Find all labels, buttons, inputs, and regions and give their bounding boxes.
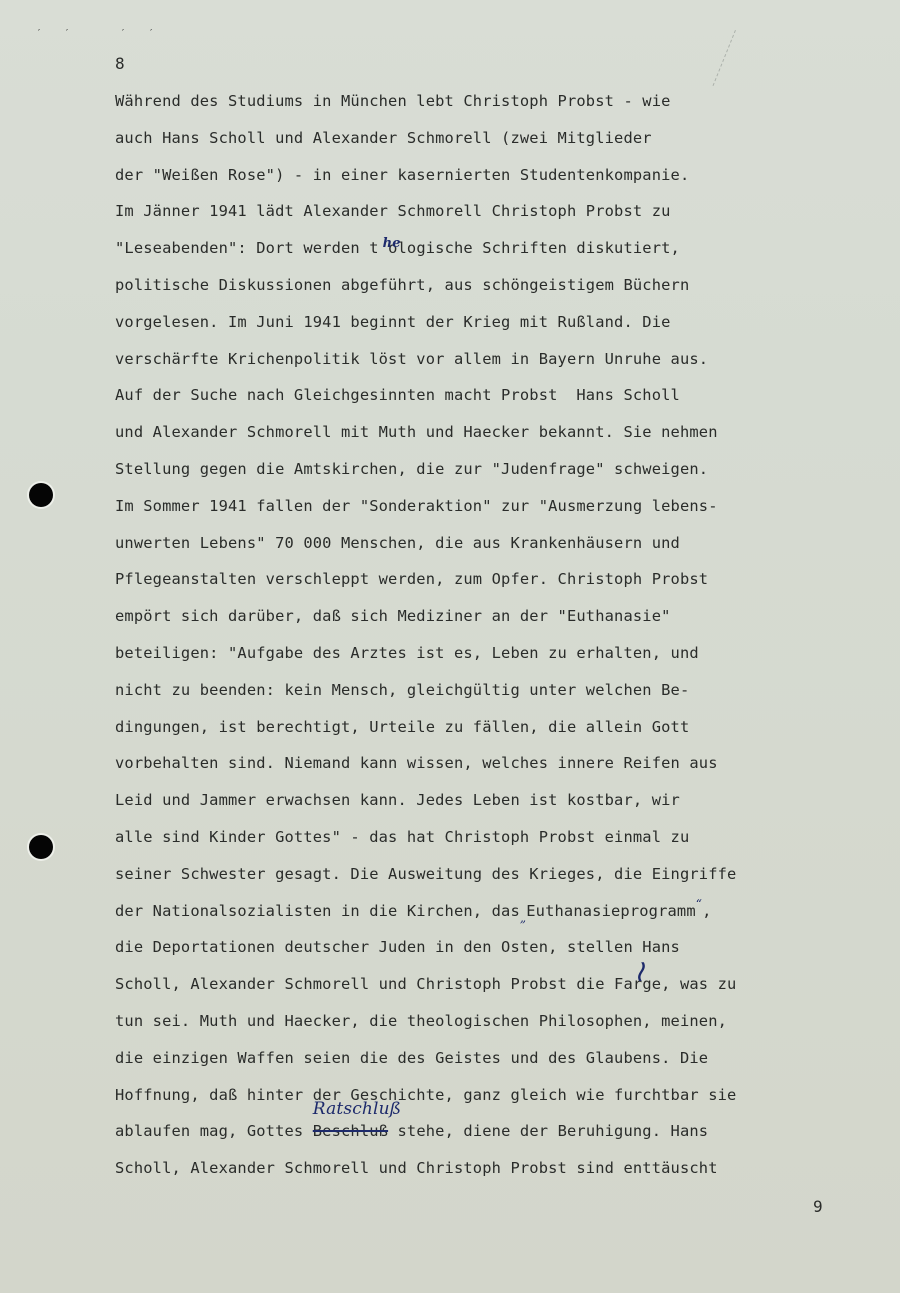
swap-mark-icon: ≀ — [633, 957, 644, 987]
text-line: alle sind Kinder Gottes" - das hat Chris… — [115, 824, 855, 861]
text-line: Scholl, Alexander Schmorell und Christop… — [115, 1155, 855, 1192]
text-line-with-quotes: der Nationalsozialisten in die Kirchen, … — [115, 898, 855, 935]
handwritten-open-quote: „ — [520, 911, 526, 925]
text-line: verschärfte Krichenpolitik löst vor alle… — [115, 346, 855, 383]
text-line: Auf der Suche nach Gleichgesinnten macht… — [115, 382, 855, 419]
text-line: Hoffnung, daß hinter der Geschichte, gan… — [115, 1082, 855, 1119]
transposition-correction: ar≀ — [623, 971, 642, 997]
text-line: die Deportationen deutscher Juden in den… — [115, 934, 855, 971]
pencil-mark — [713, 30, 737, 86]
text-line: tun sei. Muth und Haecker, die theologis… — [115, 1008, 855, 1045]
text-line-with-replacement: ablaufen mag, Gottes BeschlußRatschluß s… — [115, 1118, 855, 1155]
text-line: empört sich darüber, daß sich Mediziner … — [115, 603, 855, 640]
text-segment: Scholl, Alexander Schmorell und Christop… — [115, 975, 623, 993]
text-line-with-insertion: "Leseabenden": Dort werden t_heologische… — [115, 235, 855, 272]
text-line: und Alexander Schmorell mit Muth und Hae… — [115, 419, 855, 456]
text-segment: der Nationalsozialisten in die Kirchen, … — [115, 902, 520, 920]
text-line: dingungen, ist berechtigt, Urteile zu fä… — [115, 714, 855, 751]
text-line: Während des Studiums in München lebt Chr… — [115, 88, 855, 125]
text-line: politische Diskussionen abgeführt, aus s… — [115, 272, 855, 309]
text-segment: Euthanasieprogramm — [526, 902, 696, 920]
handwritten-replacement: Ratschluß — [313, 1096, 401, 1122]
page-number-top: 8 — [115, 54, 125, 73]
text-line: die einzigen Waffen seien die des Geiste… — [115, 1045, 855, 1082]
text-segment: ablaufen mag, Gottes — [115, 1122, 313, 1140]
text-line: Leid und Jammer erwachsen kann. Jedes Le… — [115, 787, 855, 824]
correction-insert: _he — [379, 235, 388, 261]
handwritten-close-quote: “ — [696, 897, 702, 911]
text-segment: "Leseabenden": Dort werden t — [115, 239, 379, 257]
text-segment: ologische Schriften diskutiert, — [388, 239, 680, 257]
text-line: unwerten Lebens" 70 000 Menschen, die au… — [115, 530, 855, 567]
text-segment: ge, was zu — [642, 975, 736, 993]
text-line: auch Hans Scholl und Alexander Schmorell… — [115, 125, 855, 162]
punch-hole-lower — [29, 835, 53, 859]
text-line: Im Sommer 1941 fallen der "Sonderaktion"… — [115, 493, 855, 530]
text-line: der "Weißen Rose") - in einer kaserniert… — [115, 162, 855, 199]
text-segment: , — [702, 902, 711, 920]
text-line-with-swap-mark: Scholl, Alexander Schmorell und Christop… — [115, 971, 855, 1008]
text-line: Stellung gegen die Amtskirchen, die zur … — [115, 456, 855, 493]
text-line: Pflegeanstalten verschleppt werden, zum … — [115, 566, 855, 603]
page-number-bottom: 9 — [813, 1197, 823, 1216]
text-line: nicht zu beenden: kein Mensch, gleichgül… — [115, 677, 855, 714]
punch-hole-upper — [29, 483, 53, 507]
text-line: beteiligen: "Aufgabe des Arztes ist es, … — [115, 640, 855, 677]
word-replacement: BeschlußRatschluß — [313, 1118, 388, 1144]
text-line: Im Jänner 1941 lädt Alexander Schmorell … — [115, 198, 855, 235]
struck-word: Beschluß — [313, 1122, 388, 1140]
text-line: seiner Schwester gesagt. Die Ausweitung … — [115, 861, 855, 898]
text-segment: stehe, diene der Beruhigung. Hans — [388, 1122, 708, 1140]
handwritten-insertion: he — [383, 231, 401, 257]
typed-body-text: Während des Studiums in München lebt Chr… — [115, 88, 855, 1192]
text-line: vorgelesen. Im Juni 1941 beginnt der Kri… — [115, 309, 855, 346]
text-line: vorbehalten sind. Niemand kann wissen, w… — [115, 750, 855, 787]
margin-tick-marks: ′′ ′′ — [36, 28, 176, 39]
